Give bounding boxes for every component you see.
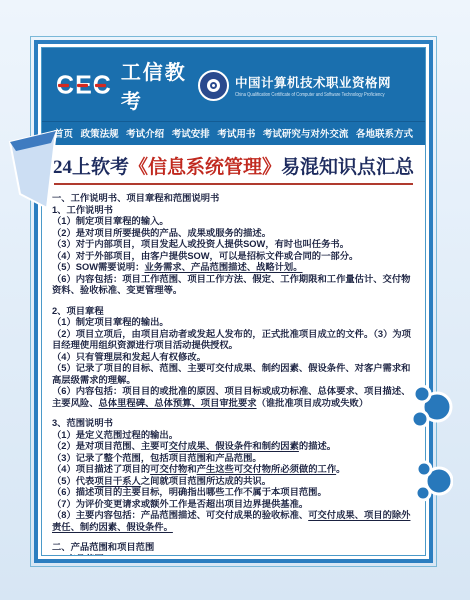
nav-item-7[interactable]: 各地联系方式 [356, 126, 413, 140]
content-line: （8）主要内容包括：产品范围描述、可交付成果的验收标准、可交付成果、项目的除外责… [52, 510, 415, 533]
title-block: 24上软考《信息系统管理》易混知识点汇总 [42, 145, 425, 188]
nav-item-3[interactable]: 考试介绍 [126, 126, 164, 140]
nav: 首页政策法规考试介绍考试安排考试用书考试研究与对外交流各地联系方式 [42, 121, 425, 145]
subsection-title: 3、范围说明书 [52, 418, 415, 430]
content-line: （4）项目描述了项目的可交付物和产生这些可交付物所必须做的工作。 [52, 464, 415, 476]
content-line: （3）记录了整个范围，包括项目范围和产品范围。 [52, 453, 415, 465]
content-line: （6）描述项目的主要目标，明确指出哪些工作不属于本项目范围。 [52, 487, 415, 499]
card-inner: CEC 工信教考 中国计算机技术职业资格网 China Qualificatio… [41, 47, 426, 556]
content-line: （5）代表项目干系人之间就项目范围所达成的共识。 [52, 476, 415, 488]
cec-letter: C [56, 72, 75, 98]
site-subtitle: China Qualification Certificate of Compu… [235, 92, 385, 98]
content-line: （1）制定项目章程的输入。 [52, 216, 415, 228]
nav-item-4[interactable]: 考试安排 [172, 126, 210, 140]
content-line: （5）SOW需要说明：业务需求、产品范围描述、战略计划。 [52, 262, 415, 274]
logo-text: 工信教考 [121, 56, 198, 114]
puzzle-decoration [413, 455, 453, 507]
subsection-title: 1、工作说明书 [52, 205, 415, 217]
content-line: （3）对于内部项目，项目发起人或投资人提供SOW，有时也叫任务书。 [52, 239, 415, 251]
nav-item-6[interactable]: 考试研究与对外交流 [263, 126, 349, 140]
header-logo-row: CEC 工信教考 中国计算机技术职业资格网 China Qualificatio… [42, 48, 425, 121]
title-highlight: 《信息系统管理》 [129, 157, 281, 178]
title-underline [54, 183, 413, 185]
puzzle-decoration [411, 378, 453, 436]
subsection-title: 2、项目章程 [52, 306, 415, 318]
content-line: （1）制定项目章程的输出。 [52, 317, 415, 329]
cec-letter: E [75, 72, 93, 98]
paper-plane-decoration [2, 128, 60, 224]
title-suffix: 易混知识点汇总 [281, 157, 414, 178]
card-blue-border: CEC 工信教考 中国计算机技术职业资格网 China Qualificatio… [34, 40, 433, 563]
page-title: 24上软考《信息系统管理》易混知识点汇总 [50, 152, 417, 179]
site-name: 中国计算机技术职业资格网 [235, 73, 413, 91]
site-identity: 中国计算机技术职业资格网 China Qualification Certifi… [198, 70, 413, 101]
title-prefix: 24上软考 [53, 157, 129, 178]
content-line: （2）是对项目所要提供的产品、成果或服务的描述。 [52, 228, 415, 240]
cec-letter: C [93, 72, 112, 98]
content-line: （2）是对项目范围、主要可交付成果、假设条件和制约因素的描述。 [52, 441, 415, 453]
content-line: （7）为评价变更请求或额外工作是否超出项目边界提供基准。 [52, 499, 415, 511]
content-line: （6）内容包括：项目工作范围、项目工作方法、假定、工作期限和工作量估计、交付物资… [52, 274, 415, 297]
content-line: （2）项目立项后，由项目启动者或发起人发布的，正式批准项目成立的文件。（3）为项… [52, 329, 415, 352]
content-line: （4）只有管理层和发起人有权修改。 [52, 352, 415, 364]
nav-item-5[interactable]: 考试用书 [217, 126, 255, 140]
cec-logo-icon: CEC [56, 73, 112, 98]
qualification-emblem-icon [198, 70, 229, 101]
nav-item-2[interactable]: 政策法规 [81, 126, 119, 140]
content-line: （1）是定义范围过程的输出。 [52, 430, 415, 442]
content-line: （6）内容包括：项目目的或批准的原因、项目目标或成功标准、总体要求、项目描述、主… [52, 386, 415, 409]
subsection-title: 1、产品范围 [52, 554, 415, 556]
site-header: CEC 工信教考 中国计算机技术职业资格网 China Qualificatio… [42, 48, 425, 145]
site-logo[interactable]: CEC 工信教考 [56, 56, 198, 114]
poster-card: CEC 工信教考 中国计算机技术职业资格网 China Qualificatio… [30, 36, 437, 567]
content-line: （5）记录了项目的目标、范围、主要可交付成果、制约因素、假设条件、对客户需求和高… [52, 363, 415, 386]
content-line: （4）对于外部项目，由客户提供SOW，可以是招标文件或合同的一部分。 [52, 251, 415, 263]
section-heading: 一、工作说明书、项目章程和范围说明书 [52, 193, 415, 205]
section-heading: 二、产品范围和项目范围 [52, 542, 415, 554]
content: 一、工作说明书、项目章程和范围说明书1、工作说明书（1）制定项目章程的输入。（2… [42, 188, 425, 555]
